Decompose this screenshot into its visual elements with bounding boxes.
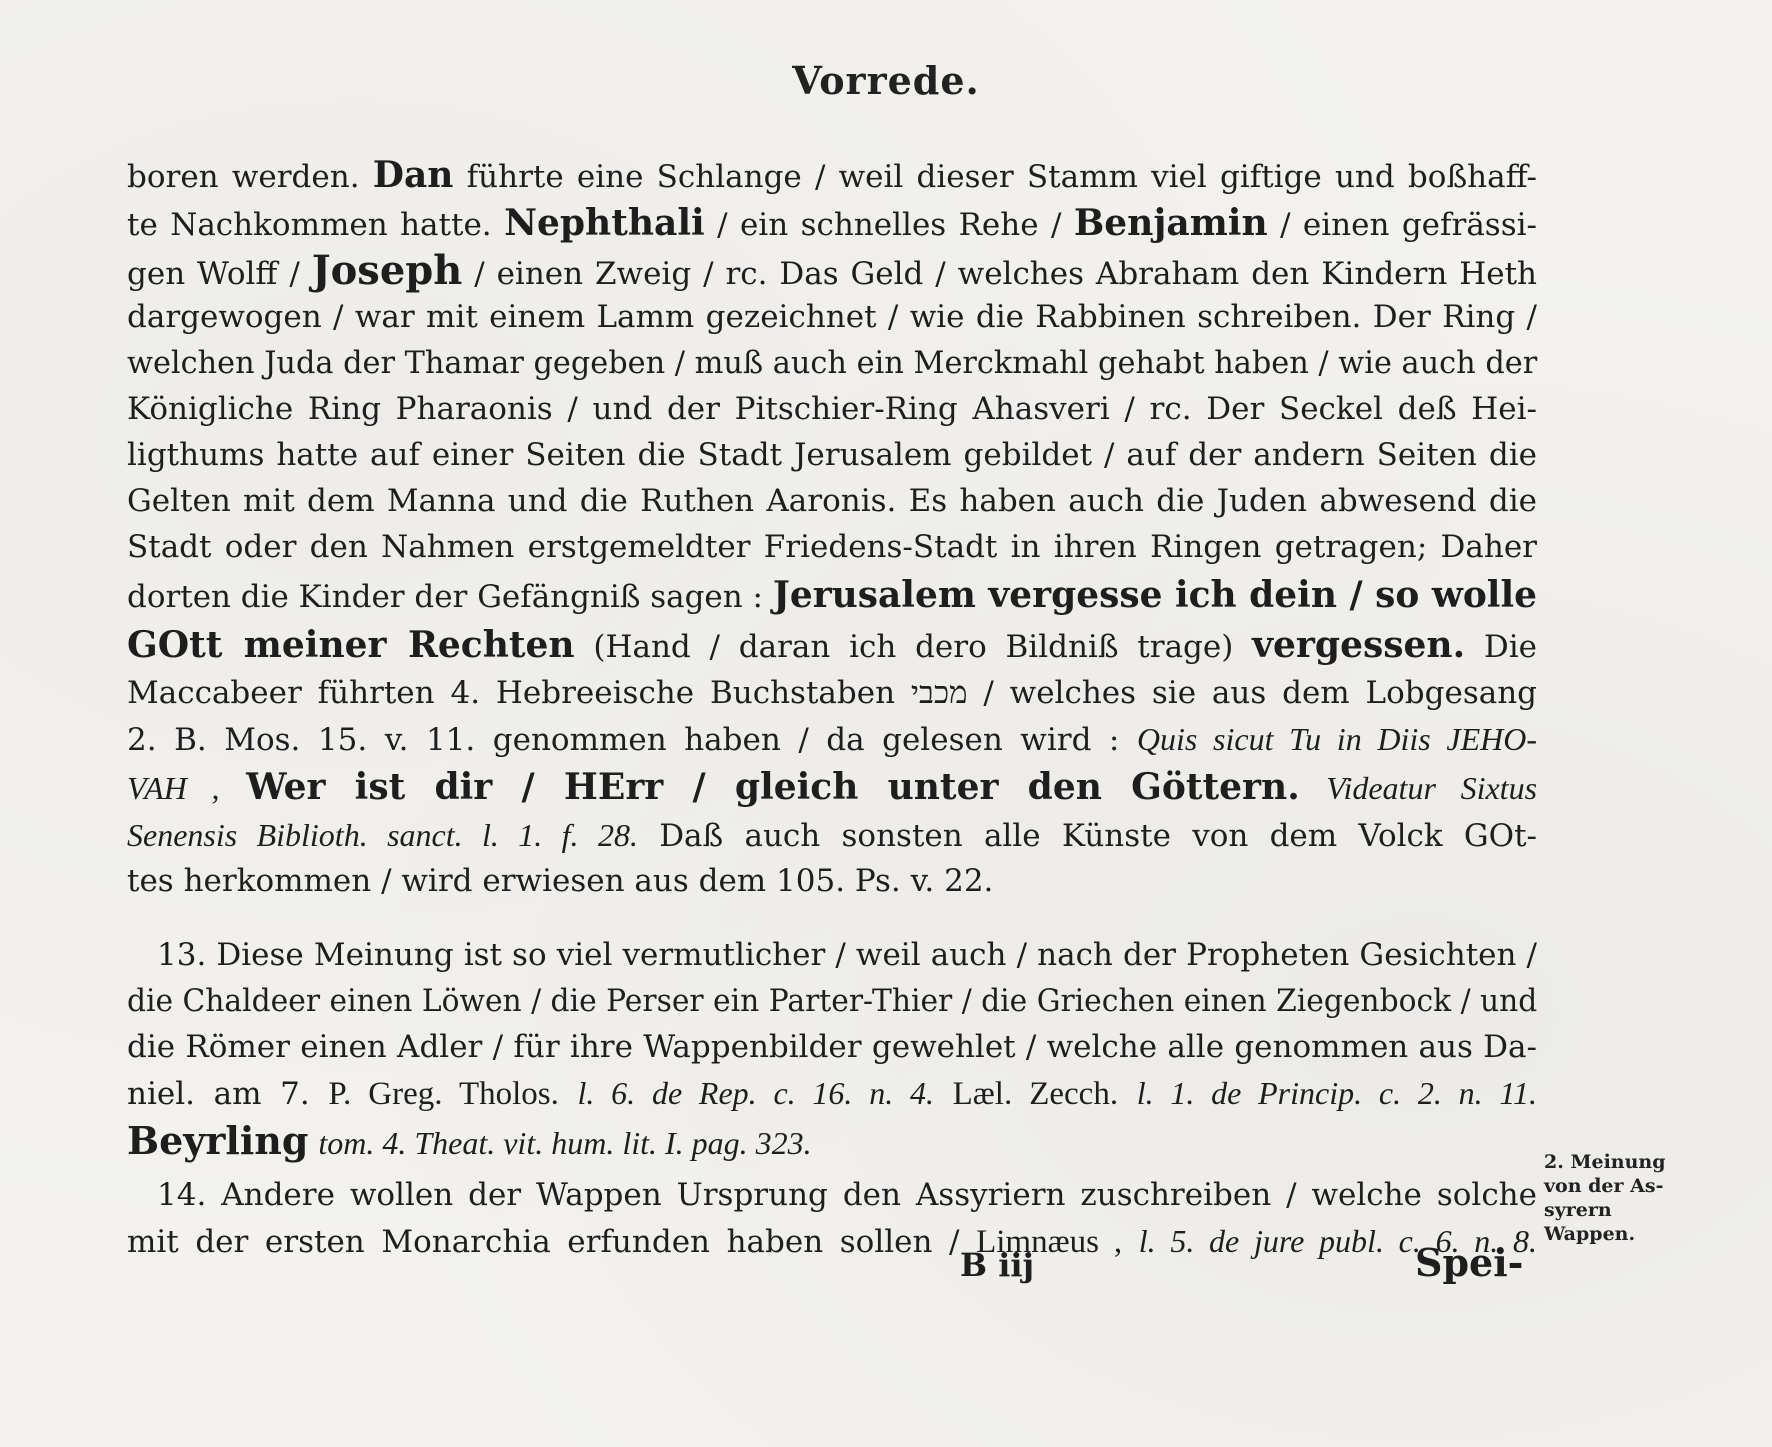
hebrew-run: מכבי xyxy=(911,675,968,711)
text-run: dorten die Kinder der Gefängniß sagen : xyxy=(127,579,763,615)
text-line: ligthums hatte auf einer Seiten die Stad… xyxy=(127,430,1537,480)
latin-italic-run: VAH , xyxy=(127,770,220,806)
text-line: die Chaldeer einen Löwen / die Perser ei… xyxy=(127,976,1537,1026)
text-line: tes herkommen / wird erwiesen aus dem 10… xyxy=(127,856,1537,906)
text-run: / einen Zweig / rc. Das Geld / welches A… xyxy=(474,256,1537,292)
book-page: Vorrede. boren werden. Dan führte eine S… xyxy=(0,0,1772,1447)
text-run: dargewogen / war mit einem Lamm gezeichn… xyxy=(127,299,1537,335)
text-run: Die xyxy=(1484,629,1537,665)
latin-italic-run: l. 1. de Princip. c. 2. n. 11. xyxy=(1137,1075,1537,1111)
text-line: 14. Andere wollen der Wappen Ursprung de… xyxy=(127,1170,1537,1220)
paragraph-number: 14. xyxy=(127,1177,206,1213)
emphasis-run: vergessen. xyxy=(1252,624,1465,666)
emphasis-run: Jerusalem vergesse ich dein / so wolle xyxy=(773,574,1537,616)
marginal-note-line: syrern xyxy=(1544,1198,1704,1222)
paragraph-number: 13. xyxy=(127,937,206,973)
text-line: GOtt meiner Rechten (Hand / daran ich de… xyxy=(127,620,1537,670)
text-line: Stadt oder den Nahmen erstgemeldter Frie… xyxy=(127,522,1537,572)
emphasis-run: GOtt meiner Rechten xyxy=(127,624,575,666)
text-line: die Römer einen Adler / für ihre Wappenb… xyxy=(127,1022,1537,1072)
text-run: die Chaldeer einen Löwen / die Perser ei… xyxy=(127,983,1537,1019)
text-line: Senensis Biblioth. sanct. l. 1. f. 28. D… xyxy=(127,810,1537,860)
marginal-note-line: von der As- xyxy=(1544,1174,1704,1198)
marginal-note-line: Wappen. xyxy=(1544,1222,1704,1246)
text-run: (Hand / daran ich dero Bildniß trage) xyxy=(593,629,1233,665)
emphasis-run: Beyrling xyxy=(127,1118,308,1163)
latin-italic-run: tom. 4. Theat. vit. hum. lit. I. pag. 32… xyxy=(318,1125,811,1161)
emphasis-run: Dan xyxy=(373,154,454,196)
text-run: boren werden. xyxy=(127,159,360,195)
running-head: Vorrede. xyxy=(0,58,1772,103)
text-run: Daß auch sonsten alle Künste von dem Vol… xyxy=(659,818,1537,854)
text-line: dargewogen / war mit einem Lamm gezeichn… xyxy=(127,292,1537,342)
catchword: Spei- xyxy=(1415,1240,1523,1285)
text-line: Gelten mit dem Manna und die Ruthen Aaro… xyxy=(127,476,1537,526)
text-line: VAH , Wer ist dir / HErr / gleich unter … xyxy=(127,762,1537,812)
text-line: mit der ersten Monarchia erfunden haben … xyxy=(127,1216,1537,1266)
latin-italic-run: Videatur Sixtus xyxy=(1326,770,1537,806)
text-line: 2. B. Mos. 15. v. 11. genommen haben / d… xyxy=(127,714,1537,764)
text-run: Diese Meinung ist so viel vermutlicher /… xyxy=(216,937,1537,973)
text-line: gen Wolff / Joseph / einen Zweig / rc. D… xyxy=(127,246,1537,296)
text-run: / welches sie aus dem Lobgesang xyxy=(983,675,1537,711)
text-run: Stadt oder den Nahmen erstgemeldter Frie… xyxy=(127,529,1537,565)
text-run: te Nachkommen hatte. xyxy=(127,207,492,243)
antiqua-run: P. Greg. Tholos. xyxy=(328,1076,559,1112)
text-run: / einen gefrässi- xyxy=(1280,207,1537,243)
text-run: 2. B. Mos. 15. v. 11. genommen haben / d… xyxy=(127,722,1119,758)
emphasis-run: Benjamin xyxy=(1074,202,1268,244)
signature-mark: B iij xyxy=(960,1246,1034,1284)
latin-italic-run: Senensis Biblioth. sanct. l. 1. f. 28. xyxy=(127,817,638,853)
emphasis-run: Joseph xyxy=(312,247,463,294)
text-line: 13. Diese Meinung ist so viel vermutlich… xyxy=(127,930,1537,980)
antiqua-run: Læl. Zecch. xyxy=(953,1076,1118,1112)
latin-italic-run: Quis sicut Tu in Diis JEHO- xyxy=(1137,721,1537,757)
text-line: te Nachkommen hatte. Nephthali / ein sch… xyxy=(127,198,1537,248)
text-line: Maccabeer führten 4. Hebreeische Buchsta… xyxy=(127,668,1537,718)
text-run: die Römer einen Adler / für ihre Wappenb… xyxy=(127,1029,1537,1065)
text-run: führte eine Schlange / weil dieser Stamm… xyxy=(467,159,1537,195)
text-run: welchen Juda der Thamar gegeben / muß au… xyxy=(127,345,1537,381)
text-run: Gelten mit dem Manna und die Ruthen Aaro… xyxy=(127,483,1537,519)
emphasis-run: Nephthali xyxy=(504,202,705,244)
text-line: Königliche Ring Pharaonis / und der Pits… xyxy=(127,384,1537,434)
text-run: niel. am 7. xyxy=(127,1076,310,1112)
text-line: boren werden. Dan führte eine Schlange /… xyxy=(127,150,1537,200)
text-line: welchen Juda der Thamar gegeben / muß au… xyxy=(127,338,1537,388)
marginal-note: 2. Meinung von der As- syrern Wappen. xyxy=(1544,1150,1704,1246)
text-line: niel. am 7. P. Greg. Tholos. l. 6. de Re… xyxy=(127,1068,1537,1118)
text-run: / ein schnelles Rehe / xyxy=(717,207,1061,243)
text-run: Maccabeer führten 4. Hebreeische Buchsta… xyxy=(127,675,895,711)
text-line: dorten die Kinder der Gefängniß sagen : … xyxy=(127,570,1537,620)
text-run: tes herkommen / wird erwiesen aus dem 10… xyxy=(127,863,993,899)
marginal-note-line: 2. Meinung xyxy=(1544,1150,1704,1174)
emphasis-run: Wer ist dir / HErr / gleich unter den Gö… xyxy=(246,766,1300,808)
latin-italic-run: l. 6. de Rep. c. 16. n. 4. xyxy=(578,1075,934,1111)
text-run: gen Wolff / xyxy=(127,256,300,292)
text-run: Andere wollen der Wappen Ursprung den As… xyxy=(221,1177,1537,1213)
text-run: mit der ersten Monarchia erfunden haben … xyxy=(127,1224,960,1260)
text-run: Königliche Ring Pharaonis / und der Pits… xyxy=(127,391,1537,427)
text-line: Beyrling tom. 4. Theat. vit. hum. lit. I… xyxy=(127,1116,1537,1166)
text-run: ligthums hatte auf einer Seiten die Stad… xyxy=(127,437,1537,473)
